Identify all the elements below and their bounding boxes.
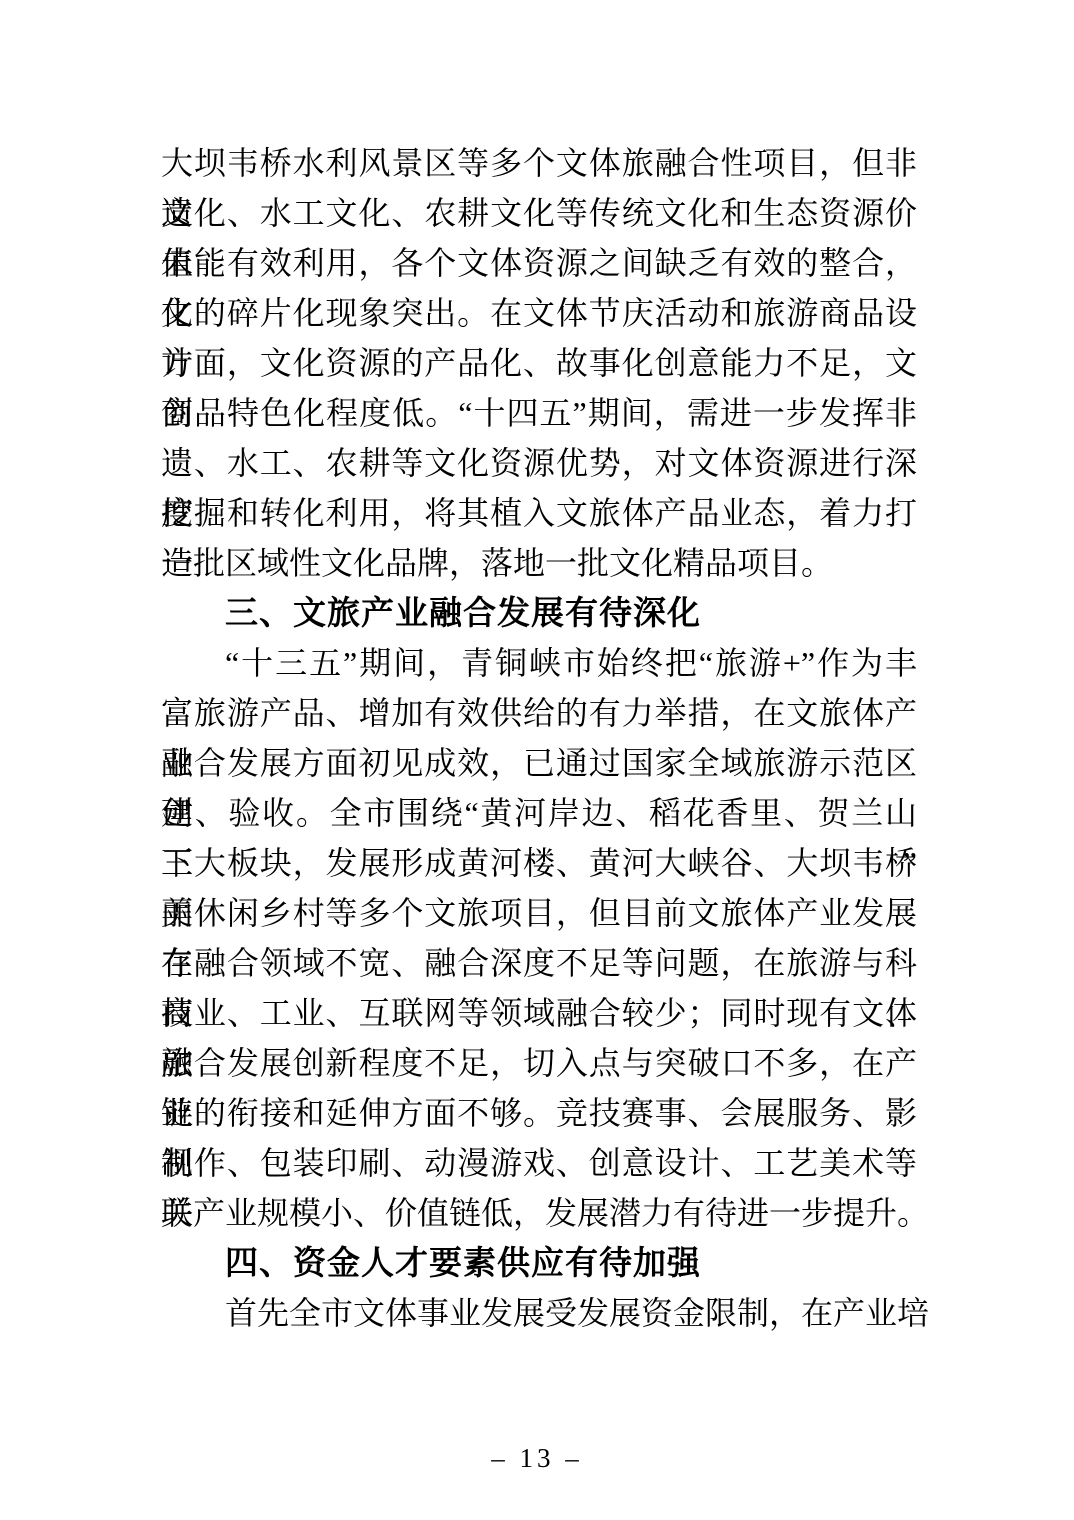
text-column: 大坝韦桥水利风景区等多个文体旅融合性项目，但非遗 文化、水工文化、农耕文化等传统… bbox=[161, 138, 917, 1338]
body-line: 联产业规模小、价值链低，发展潜力有待进一步提升。 bbox=[161, 1188, 917, 1238]
body-line: 链的衔接和延伸方面不够。竞技赛事、会展服务、影视 bbox=[161, 1088, 917, 1138]
page-number: – 13 – bbox=[0, 1441, 1074, 1475]
body-line: 遗、水工、农耕等文化资源优势，对文体资源进行深度 bbox=[161, 438, 917, 488]
body-line: 化的碎片化现象突出。在文体节庆活动和旅游商品设计 bbox=[161, 288, 917, 338]
body-line: 丽休闲乡村等多个文旅项目，但目前文旅体产业发展存 bbox=[161, 888, 917, 938]
body-line: 一批区域性文化品牌，落地一批文化精品项目。 bbox=[161, 538, 917, 588]
body-line: 在融合领域不宽、融合深度不足等问题，在旅游与科技、 bbox=[161, 938, 917, 988]
body-line: 大坝韦桥水利风景区等多个文体旅融合性项目，但非遗 bbox=[161, 138, 917, 188]
section-heading-3: 三、文旅产业融合发展有待深化 bbox=[161, 588, 917, 638]
body-line: 建、验收。全市围绕“黄河岸边、稻花香里、贺兰山下” bbox=[161, 788, 917, 838]
body-line: 富旅游产品、增加有效供给的有力举措，在文旅体产业 bbox=[161, 688, 917, 738]
section-heading-4: 四、资金人才要素供应有待加强 bbox=[161, 1238, 917, 1288]
body-line: “十三五”期间，青铜峡市始终把“旅游+”作为丰 bbox=[161, 638, 917, 688]
body-line: 挖掘和转化利用，将其植入文旅体产品业态，着力打造 bbox=[161, 488, 917, 538]
body-line: 制作、包装印刷、动漫游戏、创意设计、工艺美术等关 bbox=[161, 1138, 917, 1188]
body-line: 文化、水工文化、农耕文化等传统文化和生态资源价值 bbox=[161, 188, 917, 238]
body-line: 方面，文化资源的产品化、故事化创意能力不足，文创 bbox=[161, 338, 917, 388]
body-line: 融合发展创新程度不足，切入点与突破口不多，在产业 bbox=[161, 1038, 917, 1088]
body-line: 三大板块，发展形成黄河楼、黄河大峡谷、大坝韦桥美 bbox=[161, 838, 917, 888]
body-line: 首先全市文体事业发展受发展资金限制，在产业培 bbox=[161, 1288, 917, 1338]
body-line: 商品特色化程度低。“十四五”期间，需进一步发挥非 bbox=[161, 388, 917, 438]
body-line: 商业、工业、互联网等领域融合较少；同时现有文体旅 bbox=[161, 988, 917, 1038]
document-page: 大坝韦桥水利风景区等多个文体旅融合性项目，但非遗 文化、水工文化、农耕文化等传统… bbox=[0, 0, 1074, 1520]
body-line: 未能有效利用，各个文体资源之间缺乏有效的整合，文 bbox=[161, 238, 917, 288]
body-line: 融合发展方面初见成效，已通过国家全域旅游示范区创 bbox=[161, 738, 917, 788]
